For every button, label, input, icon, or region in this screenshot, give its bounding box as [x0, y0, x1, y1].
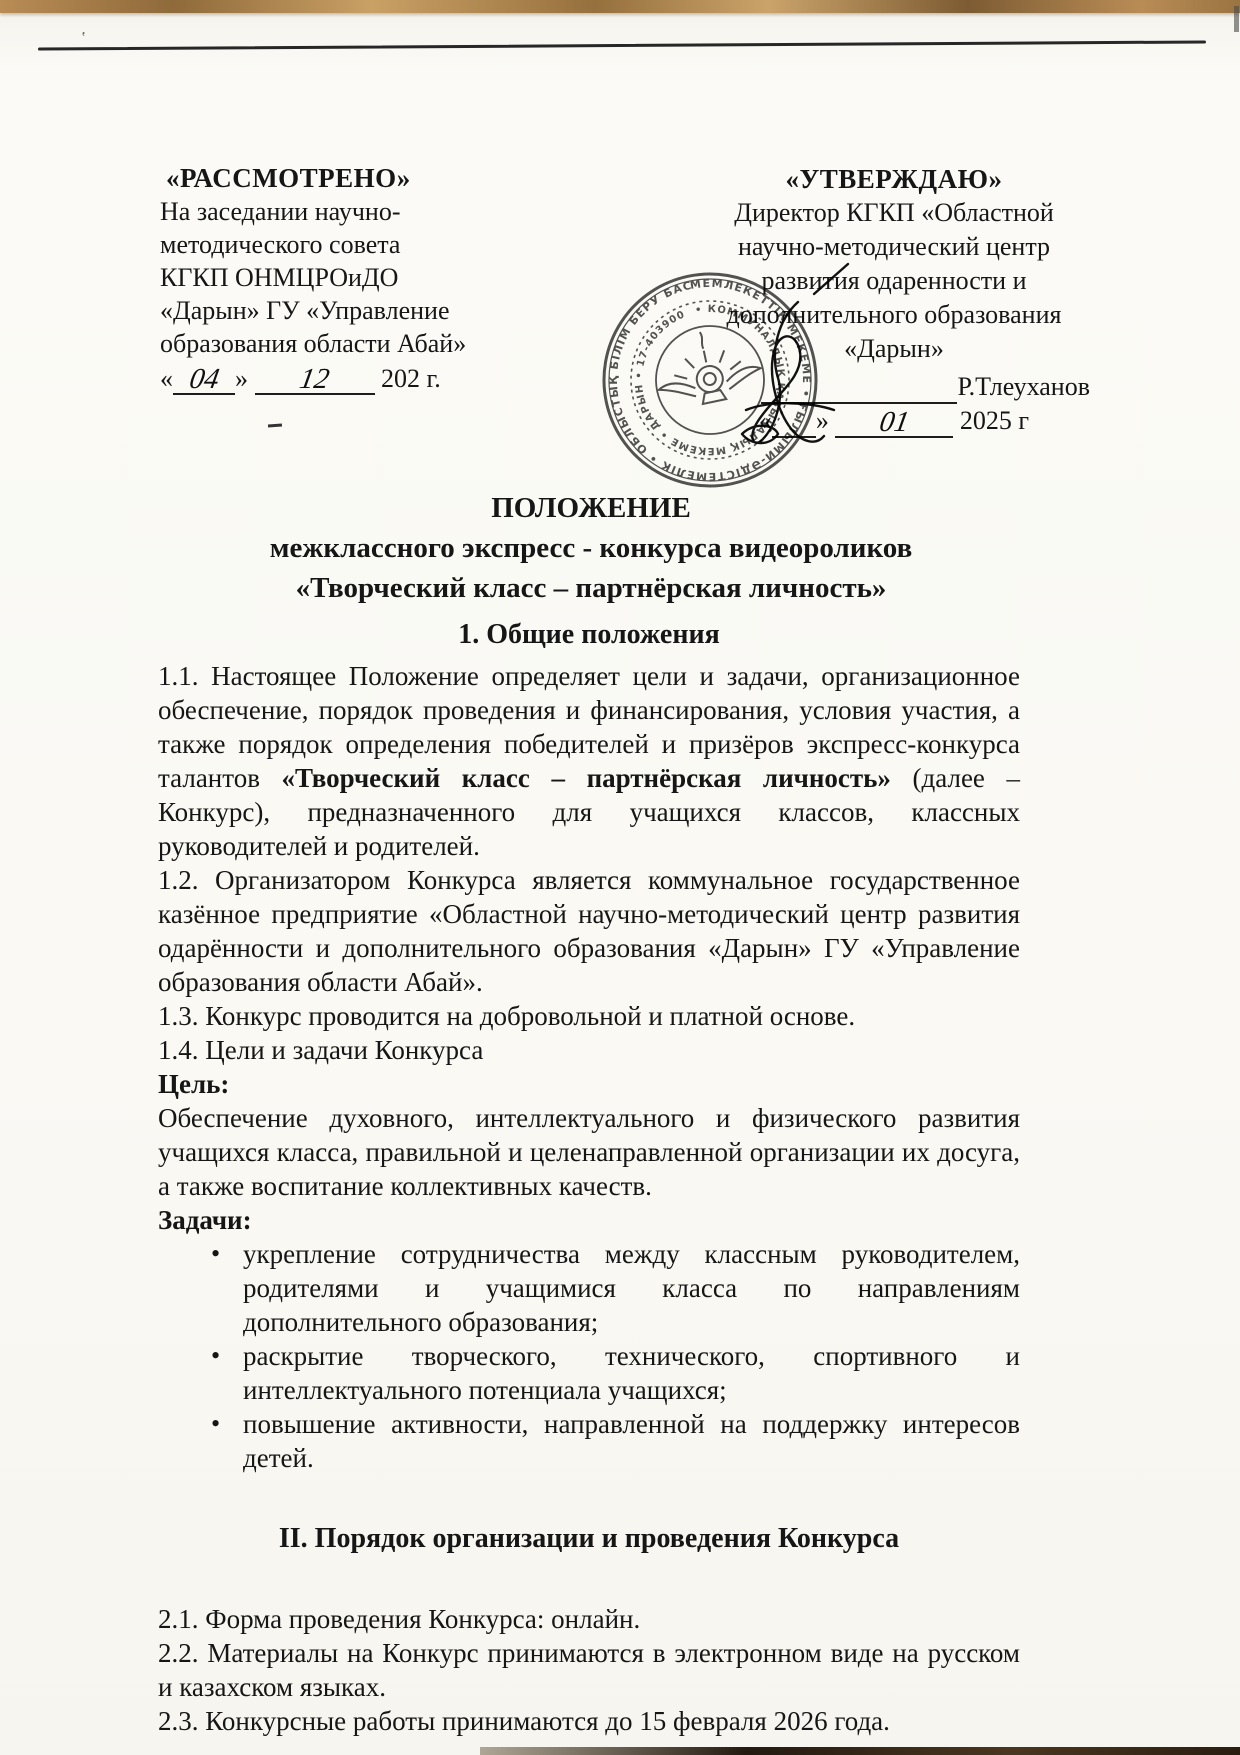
quote-close: »: [235, 364, 248, 393]
approved-title: «УТВЕРЖДАЮ»: [698, 162, 1090, 196]
bullet-dot: •: [211, 1407, 220, 1441]
handwritten-month-field: 12: [255, 366, 375, 395]
scan-stray-dash: [268, 424, 282, 428]
body-paragraph: 2.2. Материалы на Конкурс принимаются в …: [158, 1636, 1020, 1704]
body-paragraph: 2.1. Форма проведения Конкурса: онлайн.: [158, 1602, 1020, 1636]
body-paragraph: Задачи:: [158, 1203, 1020, 1237]
handwritten-day-field: 04: [173, 366, 235, 395]
body-paragraph: Обеспечение духовного, интеллектуального…: [158, 1101, 1020, 1203]
approval-line: Директор КГКП «Областной: [698, 196, 1090, 230]
year-text: 202 г.: [381, 364, 441, 393]
section-heading: II. Порядок организации и проведения Кон…: [158, 1522, 1020, 1556]
approval-line: методического совета: [160, 228, 470, 261]
scan-speck-corner: [1234, 6, 1239, 32]
reviewed-lines: На заседании научно-методического совета…: [160, 195, 470, 360]
bullet-item: •повышение активности, направленной на п…: [243, 1407, 1020, 1475]
bullet-text: повышение активности, направленной на по…: [243, 1409, 1020, 1473]
approval-line: образования области Абай»: [160, 327, 470, 360]
bullet-item: •раскрытие творческого, технического, сп…: [243, 1339, 1020, 1407]
reviewed-title: «РАССМОТРЕНО»: [160, 162, 470, 195]
text-run: 1.2. Организатором Конкурса является ком…: [158, 865, 1020, 997]
approval-line: На заседании научно-: [160, 195, 470, 228]
bullet-item: •укрепление сотрудничества между классны…: [243, 1237, 1020, 1339]
handwritten-day: 04: [187, 366, 221, 392]
title-line-1: ПОЛОЖЕНИЕ: [160, 488, 1022, 528]
bullet-dot: •: [211, 1237, 220, 1271]
bullet-text: укрепление сотрудничества между классным…: [243, 1239, 1020, 1337]
body-paragraph: 2.3. Конкурсные работы принимаются до 15…: [158, 1704, 1020, 1738]
director-name: Р.Тлеуханов: [957, 372, 1090, 401]
body-paragraph: 1.1. Настоящее Положение определяет цели…: [158, 659, 1020, 863]
document-title: ПОЛОЖЕНИЕ межклассного экспресс - конкур…: [160, 488, 1022, 608]
bullet-dot: •: [211, 1339, 220, 1373]
handwritten-signature: [718, 258, 878, 478]
body-paragraph: Цель:: [158, 1067, 1020, 1101]
section-heading: 1. Общие положения: [158, 618, 1020, 652]
scan-edge-top: [0, 0, 1240, 13]
text-run: Обеспечение духовного, интеллектуального…: [158, 1103, 1020, 1201]
text-run: 1.3. Конкурс проводится на добровольной …: [158, 1001, 855, 1031]
scanned-document-page: ʽ «РАССМОТРЕНО» На заседании научно-мето…: [0, 0, 1240, 1755]
document-body: 1. Общие положения1.1. Настоящее Положен…: [158, 618, 1020, 1738]
scan-edge-bottom: [480, 1747, 1240, 1755]
reviewed-date-row: «04» 12 202 г.: [160, 362, 470, 395]
text-run: 2.2. Материалы на Конкурс принимаются в …: [158, 1638, 1020, 1702]
scan-speck: ʽ: [78, 30, 86, 48]
title-line-2: межклассного экспресс - конкурса видеоро…: [160, 528, 1022, 568]
bold-text-run: «Творческий класс – партнёрская личность…: [282, 763, 891, 793]
body-paragraph: 1.3. Конкурс проводится на добровольной …: [158, 999, 1020, 1033]
horizontal-rule: [38, 40, 1206, 50]
text-run: 1.4. Цели и задачи Конкурса: [158, 1035, 483, 1065]
handwritten-month: 12: [298, 366, 332, 392]
body-paragraph: 1.4. Цели и задачи Конкурса: [158, 1033, 1020, 1067]
body-paragraph: 1.2. Организатором Конкурса является ком…: [158, 863, 1020, 999]
bold-text-run: Цель:: [158, 1069, 229, 1099]
title-line-3: «Творческий класс – партнёрская личность…: [160, 568, 1022, 608]
approval-line: «Дарын» ГУ «Управление: [160, 294, 470, 327]
bullet-text: раскрытие творческого, технического, спо…: [243, 1341, 1020, 1405]
reviewed-block: «РАССМОТРЕНО» На заседании научно-методи…: [160, 162, 470, 395]
bold-text-run: Задачи:: [158, 1205, 252, 1235]
quote-open: «: [160, 364, 173, 393]
text-run: 2.3. Конкурсные работы принимаются до 15…: [158, 1706, 890, 1736]
text-run: 2.1. Форма проведения Конкурса: онлайн.: [158, 1604, 640, 1634]
year-text: 2025 г: [960, 406, 1029, 435]
approval-line: КГКП ОНМЦРОиДО: [160, 261, 470, 294]
handwritten-month: 01: [878, 409, 912, 435]
